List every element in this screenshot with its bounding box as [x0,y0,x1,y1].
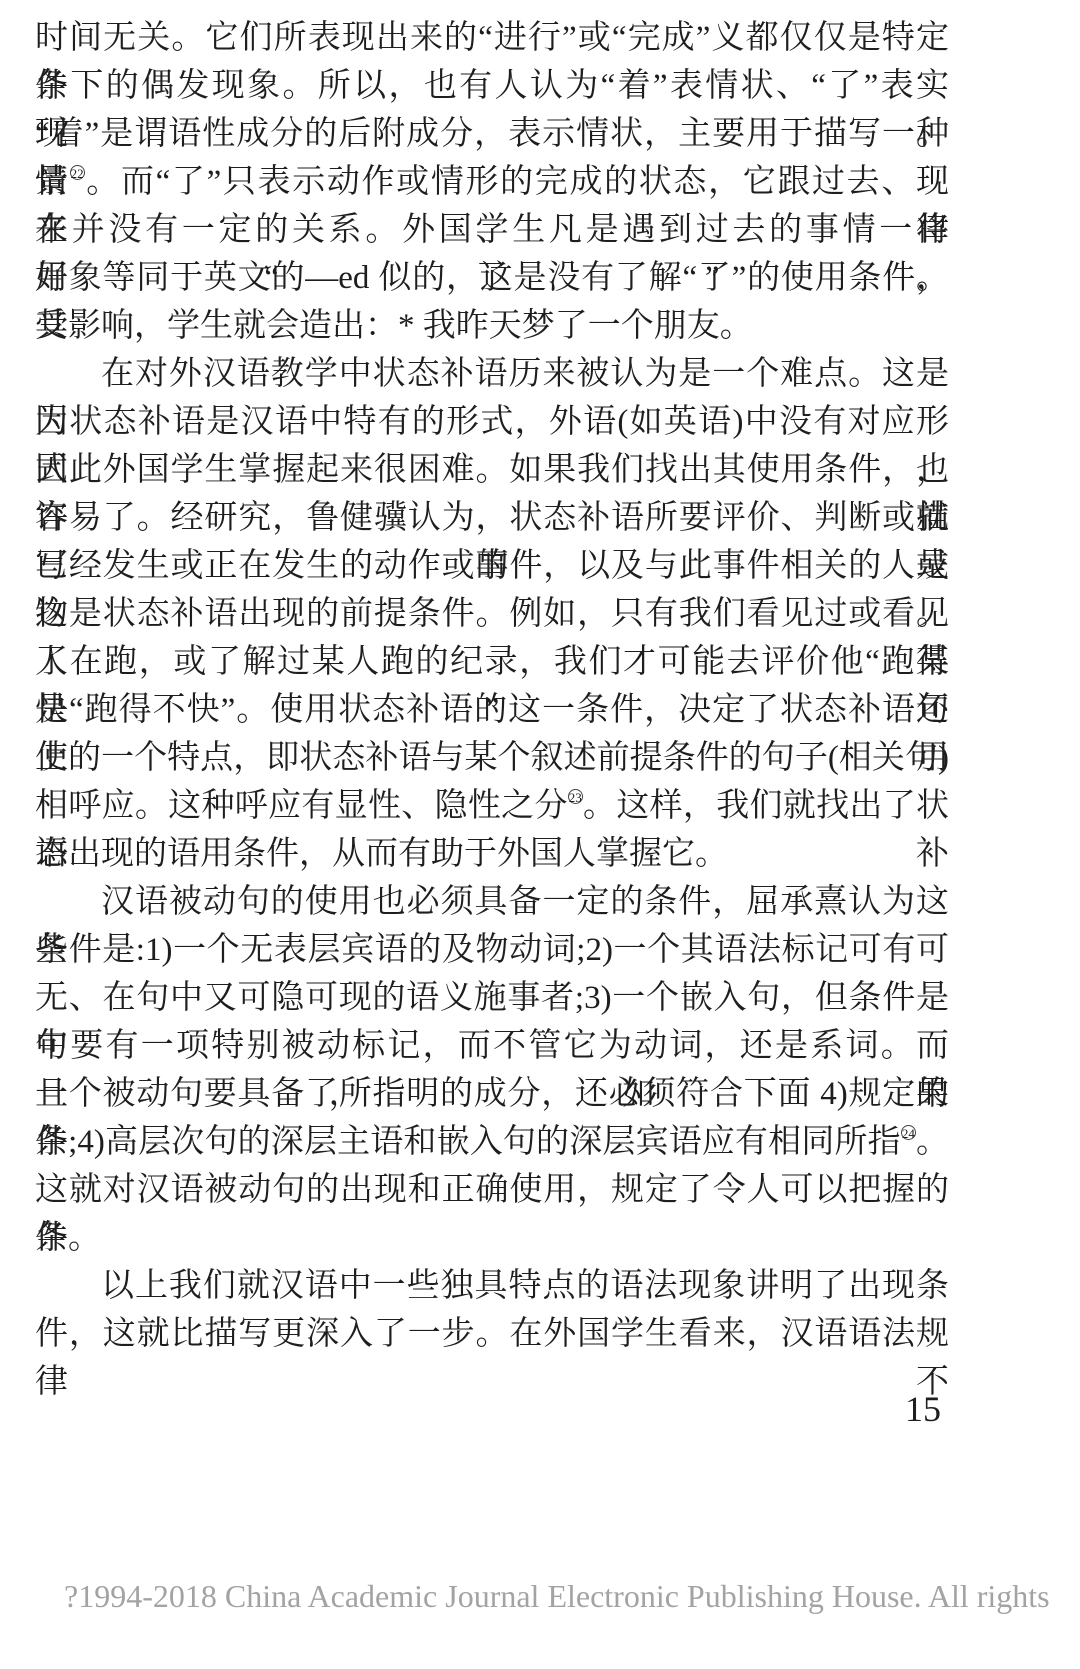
paragraph: 时间无关。它们所表现出来的“进行”或“完成”义都仅仅是特定条件下的偶发现象。所以… [35,14,949,350]
text-line: 这是状态补语出现的前提条件。例如，只有我们看见过或看见了某 [35,590,949,638]
footnote-marker: 24 [901,1125,916,1140]
text-line: 件;4)高层次句的深层主语和嵌入句的深层宾语应有相同所指24。 [35,1118,949,1166]
text-line: 为状态补语是汉语中特有的形式，外语(如英语)中没有对应形式， [35,398,949,446]
text-line: 因此外国学生掌握起来很困难。如果我们找出其使用条件，也许就 [35,446,949,494]
text-line: 其影响，学生就会造出：* 我昨天梦了一个朋友。 [35,302,949,350]
text-line: 这就对汉语被动句的出现和正确使用，规定了令人可以把握的条 [35,1166,949,1214]
body-text: 时间无关。它们所表现出来的“进行”或“完成”义都仅仅是特定条件下的偶发现象。所以… [35,14,949,1358]
text-line: 上的一个特点，即状态补语与某个叙述前提条件的句子(相关句) [35,734,949,782]
document-page: 时间无关。它们所表现出来的“进行”或“完成”义都仅仅是特定条件下的偶发现象。所以… [0,0,1080,1669]
text-line: 中要有一项特别被动标记，而不管它为动词，还是系词。而且，如果 [35,1022,949,1070]
paragraph: 以上我们就汉语中一些独具特点的语法现象讲明了出现条件，这就比描写更深入了一步。在… [35,1262,949,1358]
text-line: 一个被动句要具备了所指明的成分，还必须符合下面 4)规定的条 [35,1070,949,1118]
paragraph: 汉语被动句的使用也必须具备一定的条件，屈承熹认为这些条件是:1)一个无表层宾语的… [35,878,949,1262]
footnote-marker: 23 [568,789,583,804]
text-line: 条件是:1)一个无表层宾语的及物动词;2)一个其语法标记可有可 [35,926,949,974]
text-line: 景22。而“了”只表示动作或情形的完成的状态，它跟过去、现在、将 [35,158,949,206]
text-line: 件下的偶发现象。所以，也有人认为“着”表情状、“了”表实现。 [35,62,949,110]
text-line: 是“跑得不快”。使用状态补语的这一条件，决定了状态补语句使用 [35,686,949,734]
copyright-watermark: ?1994-2018 China Academic Journal Electr… [64,1578,1080,1615]
text-line: 时间无关。它们所表现出来的“进行”或“完成”义都仅仅是特定条 [35,14,949,62]
text-line: 人在跑，或了解过某人跑的纪录，我们才可能去评价他“跑得快”还 [35,638,949,686]
page-number: 15 [35,1388,941,1430]
text-line: 汉语被动句的使用也必须具备一定的条件，屈承熹认为这些 [35,878,949,926]
footnote-marker: 22 [70,165,85,180]
text-line: 件。 [35,1214,949,1262]
text-line: 以上我们就汉语中一些独具特点的语法现象讲明了出现条 [35,1262,949,1310]
text-line: “着”是谓语性成分的后附成分，表示情状，主要用于描写一种情 [35,110,949,158]
text-line: 容易了。经研究，鲁健骥认为，状态补语所要评价、判断或描写的是 [35,494,949,542]
text-line: 来并没有一定的关系。外国学生凡是遇到过去的事情一律用“了”， [35,206,949,254]
text-line: 在对外汉语教学中状态补语历来被认为是一个难点。这是因 [35,350,949,398]
text-line: 好象等同于英文的—ed 似的，这是没有了解“了”的使用条件。受 [35,254,949,302]
text-line: 相呼应。这种呼应有显性、隐性之分23。这样，我们就找出了状态补 [35,782,949,830]
text-line: 件，这就比描写更深入了一步。在外国学生看来，汉语语法规律不 [35,1310,949,1358]
text-line: 已经发生或正在发生的动作或事件，以及与此事件相关的人或物。 [35,542,949,590]
text-line: 无、在句中又可隐可现的语义施事者;3)一个嵌入句，但条件是句 [35,974,949,1022]
paragraph: 在对外汉语教学中状态补语历来被认为是一个难点。这是因为状态补语是汉语中特有的形式… [35,350,949,878]
